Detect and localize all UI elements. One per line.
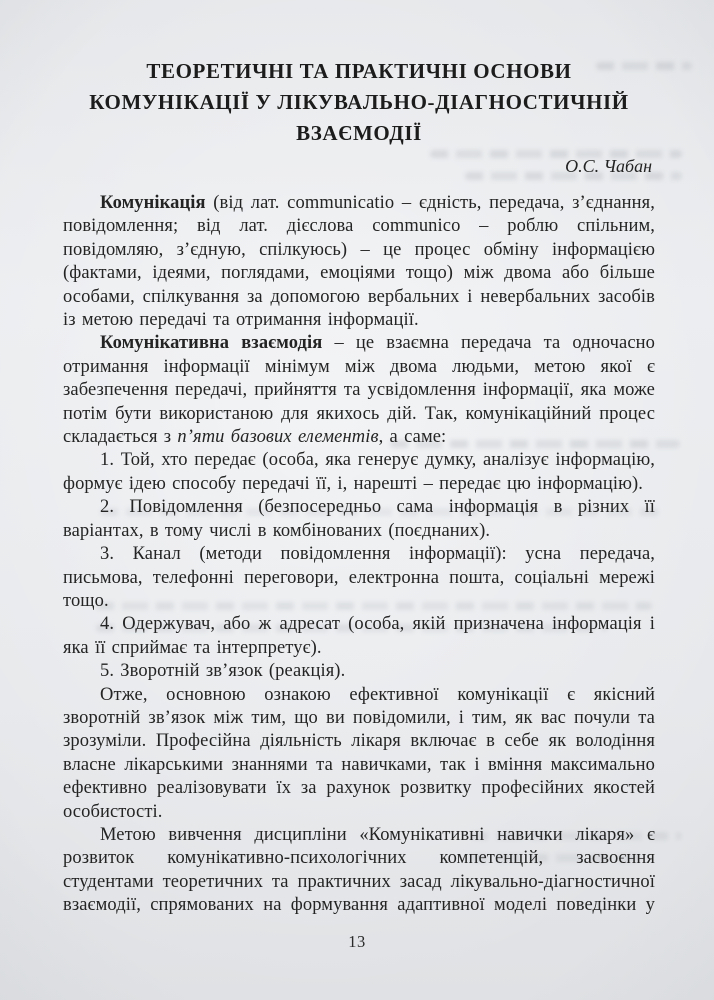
chapter-title-line-1: ТЕОРЕТИЧНІ ТА ПРАКТИЧНІ ОСНОВИ: [63, 56, 655, 87]
text-run: , а саме:: [379, 427, 447, 447]
paragraph: 2. Повідомлення (безпосередньо сама інфо…: [63, 496, 655, 543]
italic-phrase: п’яти базових елементів: [177, 427, 378, 447]
text-run: 4. Одержувач, або ж адресат (особа, якій…: [63, 614, 655, 657]
chapter-title: ТЕОРЕТИЧНІ ТА ПРАКТИЧНІ ОСНОВИ КОМУНІКАЦ…: [63, 56, 655, 149]
text-run: 5. Зворотній зв’язок (реакція).: [100, 661, 345, 681]
text-run: 2. Повідомлення (безпосередньо сама інфо…: [63, 497, 655, 540]
bold-term: Комунікативна взаємодія: [100, 333, 322, 353]
chapter-title-line-2: КОМУНІКАЦІЇ У ЛІКУВАЛЬНО-ДІАГНОСТИЧНІЙ: [63, 87, 655, 118]
author-byline: О.С. Чабан: [63, 154, 655, 179]
paragraph: 1. Той, хто передає (особа, яка генерує …: [63, 449, 655, 496]
text-run: Отже, основною ознакою ефективної комуні…: [63, 685, 655, 822]
bold-term: Комунікація: [100, 193, 206, 213]
paragraph: Комунікативна взаємодія – це взаємна пер…: [63, 332, 655, 449]
paragraph: 4. Одержувач, або ж адресат (особа, якій…: [63, 613, 655, 660]
page-number: 13: [0, 932, 714, 952]
paragraph: 3. Канал (методи повідомлення інформації…: [63, 543, 655, 613]
body-text: Комунікація (від лат. communicatio – єдн…: [63, 192, 655, 918]
paragraph: Комунікація (від лат. communicatio – єдн…: [63, 192, 655, 332]
text-run: Метою вивчення дисципліни «Комунікативні…: [63, 825, 655, 915]
text-run: 3. Канал (методи повідомлення інформації…: [63, 544, 655, 611]
scanned-book-page: { "document": { "title_lines": [ "ТЕОРЕТ…: [0, 0, 714, 1000]
text-run: 1. Той, хто передає (особа, яка генерує …: [63, 450, 655, 493]
chapter-title-line-3: ВЗАЄМОДІЇ: [63, 118, 655, 149]
page-sheet: ТЕОРЕТИЧНІ ТА ПРАКТИЧНІ ОСНОВИ КОМУНІКАЦ…: [0, 0, 714, 1000]
text-run: (від лат. communicatio – єдність, переда…: [63, 193, 655, 330]
paragraph: 5. Зворотній зв’язок (реакція).: [63, 660, 655, 683]
paragraph: Отже, основною ознакою ефективної комуні…: [63, 684, 655, 824]
paragraph: Метою вивчення дисципліни «Комунікативні…: [63, 824, 655, 918]
